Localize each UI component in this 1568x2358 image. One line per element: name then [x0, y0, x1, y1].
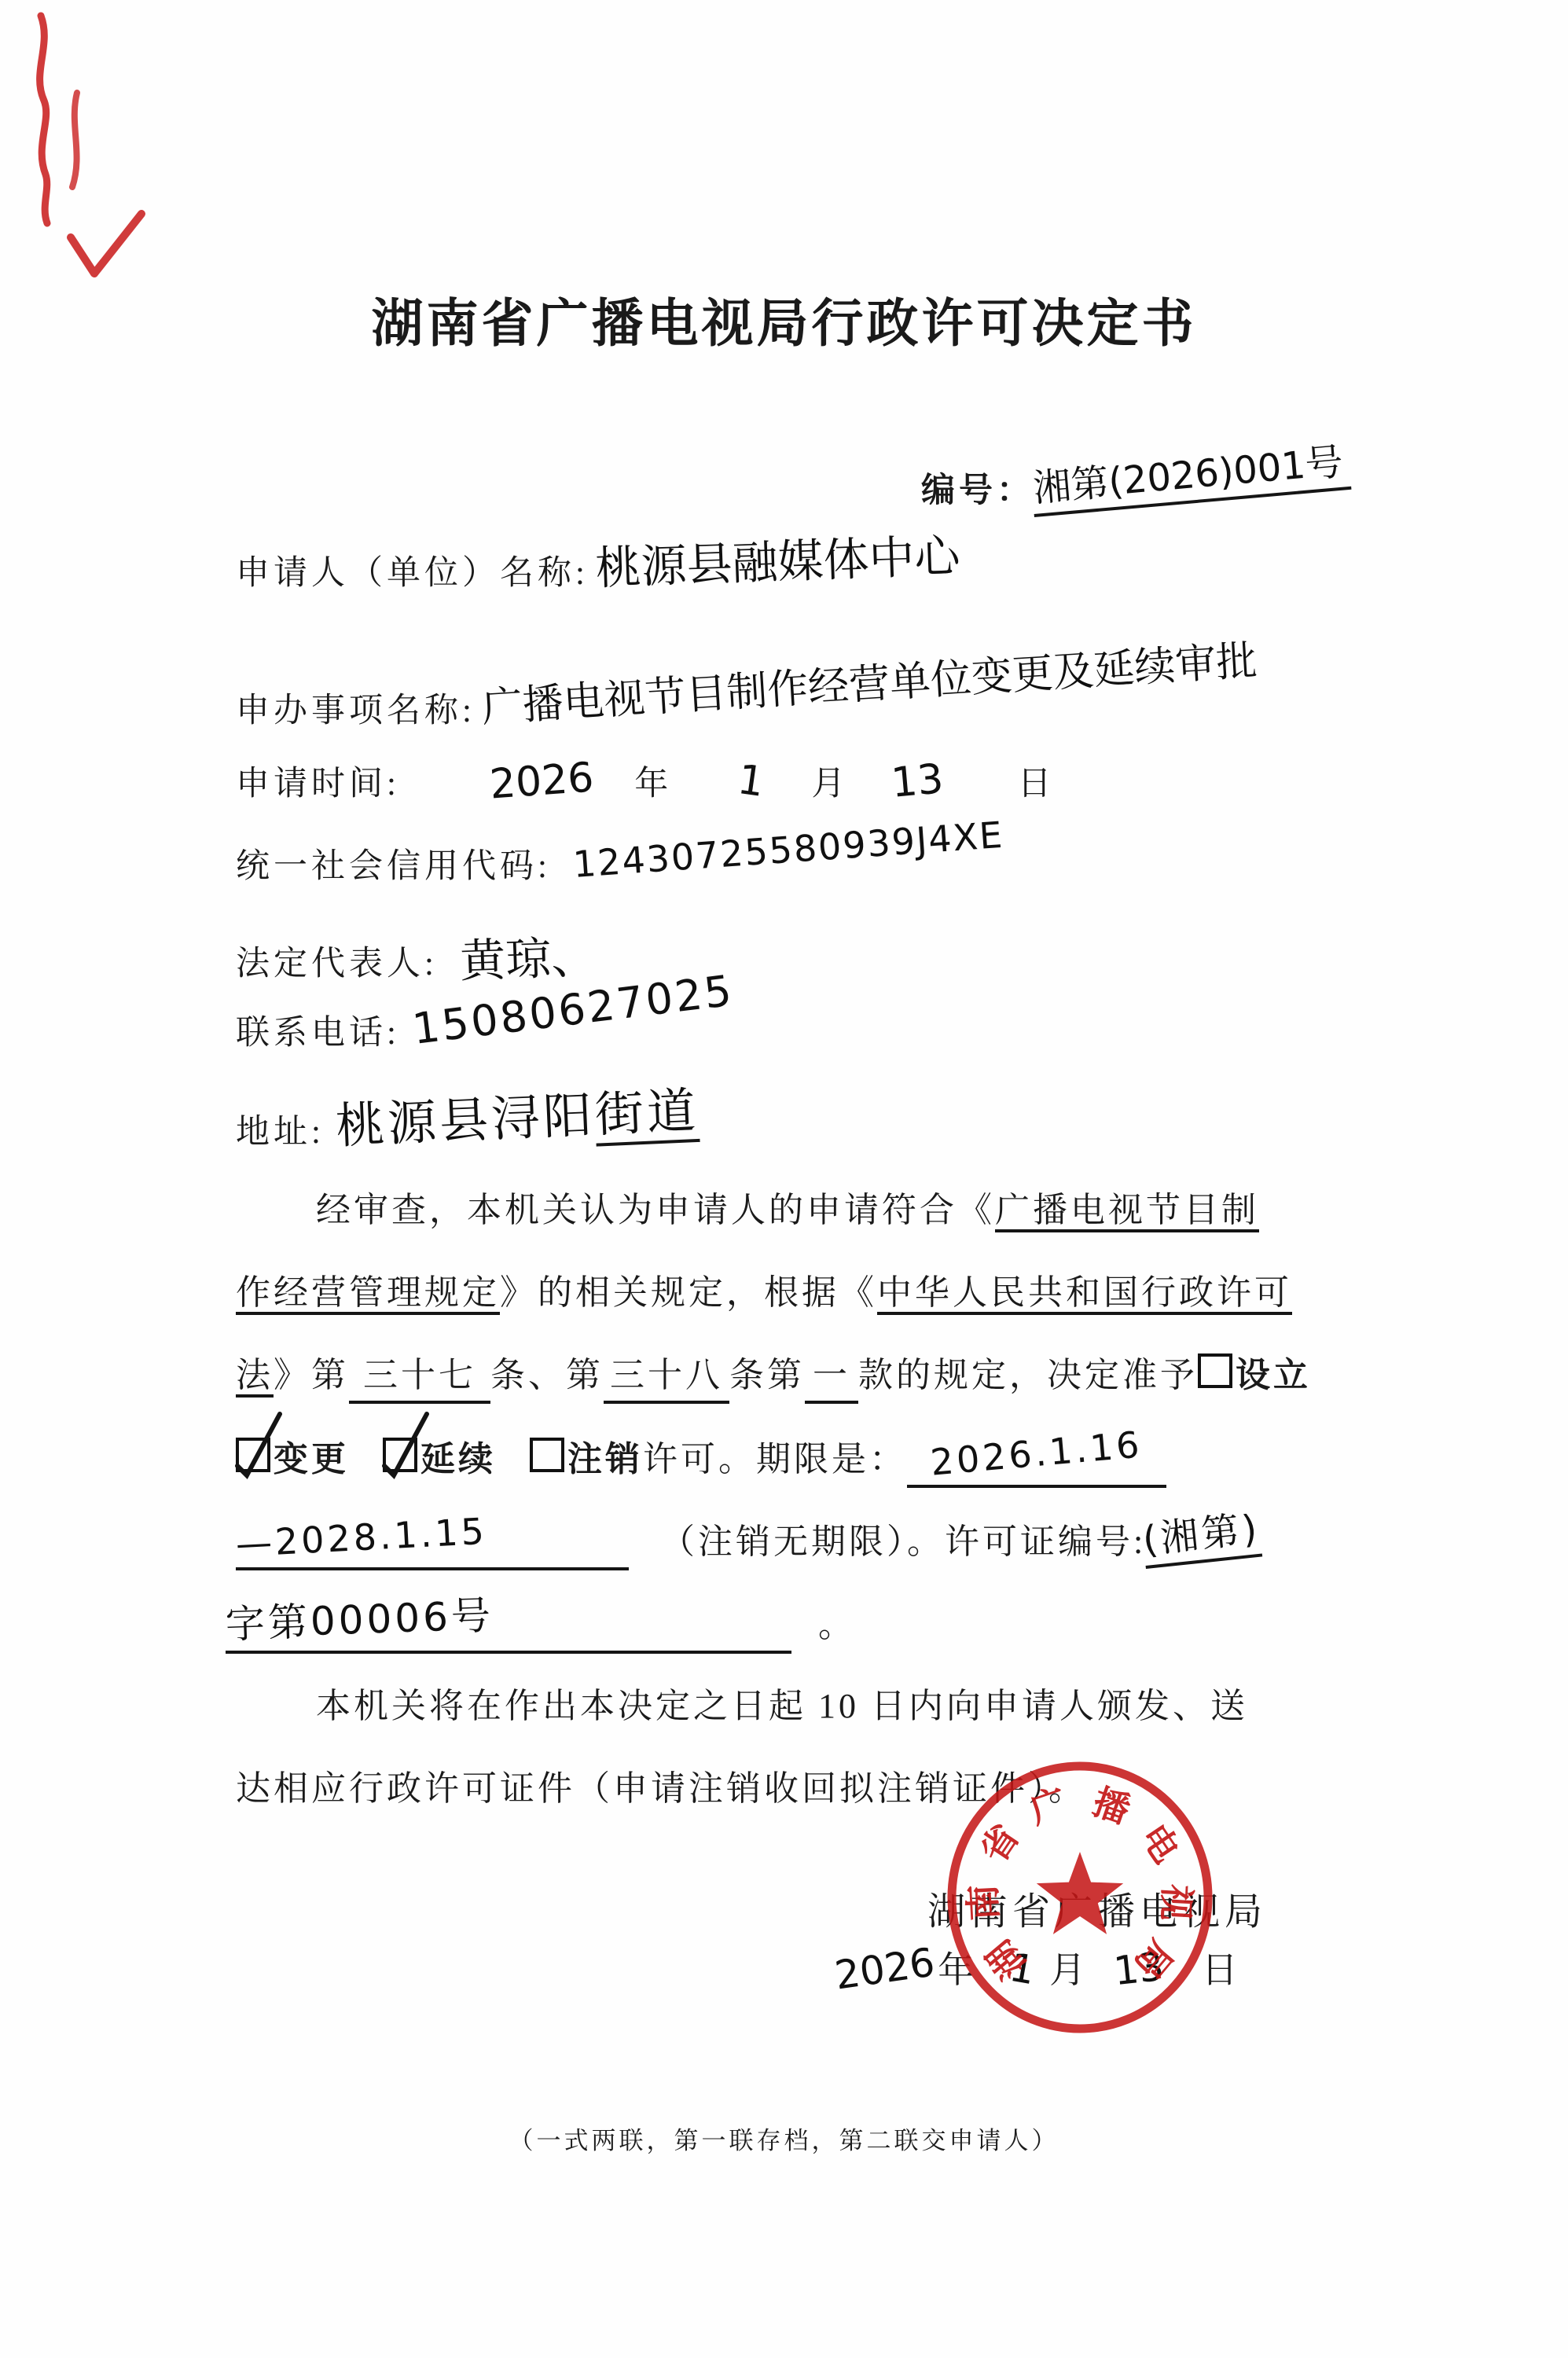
apply-time-row: 申请时间: 2026 年 1 月 13 日: [236, 757, 1056, 805]
day-unit: 日: [1018, 766, 1056, 803]
credit-code-value: 12430725580939J4XE: [571, 814, 1005, 886]
seal-arc-char: 视: [1152, 1883, 1206, 1922]
matter-value: 广播电视节目制作经营单位变更及延续审批: [479, 627, 1258, 733]
seal-arc-char: 南: [954, 1883, 1008, 1922]
applicant-value: 桃源县融媒体中心: [594, 519, 961, 597]
month-unit: 月: [811, 766, 849, 803]
document-title: 湖南省广播电视局行政许可决定书: [0, 281, 1568, 356]
license-number-value: 字第00006号: [225, 1590, 494, 1650]
validity-end-date: —2028.1.15: [234, 1506, 488, 1570]
legal-rep-label: 法定代表人:: [236, 946, 438, 982]
regulation-title-part1: 广播电视节目制: [995, 1191, 1259, 1232]
body-text: 条、第: [490, 1356, 604, 1394]
document-page: 湖南省广播电视局行政许可决定书 编号：湘第(2026)001号 申请人（单位）名…: [0, 0, 1568, 2358]
document-number-value: 湘第(2026)001号: [1029, 431, 1351, 517]
apply-time-label: 申请时间:: [236, 766, 400, 803]
body-text: 》第: [274, 1356, 349, 1394]
regulation-title-part2: 作经营管理规定: [236, 1273, 500, 1315]
law-title-part2: 法: [236, 1356, 274, 1398]
law-title-part1: 中华人民共和国行政许可: [877, 1273, 1292, 1315]
body-text: 款的规定，决定准予: [858, 1356, 1198, 1394]
body-text: 》的相关规定，根据《: [500, 1273, 877, 1312]
checkbox-change-label: 变更: [274, 1440, 349, 1478]
apply-time-month: 1: [735, 756, 767, 806]
matter-label: 申办事项名称:: [236, 692, 476, 729]
checkbox-cancel-label: 注销: [567, 1440, 643, 1478]
body-text: 许可。期限是：: [643, 1440, 907, 1478]
checkbox-renew[interactable]: [383, 1438, 417, 1472]
checkbox-cancel[interactable]: [530, 1438, 564, 1472]
address-value-street: 街道: [593, 1082, 700, 1147]
address-value-main: 桃源县浔阳: [335, 1086, 597, 1155]
footer-note: （一式两联，第一联存档，第二联交申请人）: [509, 2121, 1059, 2156]
body-line-7: 本机关将在作出本决定之日起 10 日内向申请人颁发、送: [316, 1681, 1248, 1732]
validity-start-date: 2026.1.16: [928, 1419, 1144, 1487]
checkbox-setup[interactable]: [1198, 1353, 1232, 1388]
body-text: 。: [818, 1606, 856, 1644]
document-number-row: 编号：湘第(2026)001号: [921, 458, 1353, 517]
body-line-1: 经审查，本机关认为申请人的申请符合《广播电视节目制: [316, 1185, 1259, 1236]
clause-number-blank: 一: [805, 1350, 858, 1404]
body-line-5: —2028.1.15（注销无期限）。许可证编号:(湘第): [236, 1515, 1264, 1570]
phone-label: 联系电话:: [236, 1015, 400, 1052]
document-number-label: 编号：: [921, 472, 1034, 509]
apply-time-day: 13: [890, 755, 946, 807]
legal-rep-row: 法定代表人: 黄琼、: [236, 922, 597, 988]
address-value: 桃源县浔阳街道: [334, 1071, 700, 1157]
checkbox-change[interactable]: [236, 1438, 270, 1472]
credit-code-row: 统一社会信用代码: 12430725580939J4XE: [236, 839, 1006, 887]
phone-row: 联系电话: 15080627025: [236, 1005, 739, 1054]
body-text: （注销无期限）。许可证编号:: [660, 1522, 1146, 1561]
legal-rep-value: 黄琼、: [459, 920, 598, 990]
checkbox-setup-label: 设立: [1236, 1356, 1311, 1394]
address-row: 地址: 桃源县浔阳街道: [236, 1087, 700, 1157]
body-line-3: 法》第三十七条、第三十八条第一款的规定，决定准予设立: [236, 1350, 1311, 1404]
year-unit: 年: [634, 766, 672, 803]
apply-time-year: 2026: [488, 754, 595, 808]
article-number-blank: 三十七: [349, 1350, 490, 1404]
body-line-6: 字第00006号。: [226, 1598, 856, 1654]
seal-star-icon: [1037, 1852, 1123, 1934]
body-text: 经审查，本机关认为申请人的申请符合《: [316, 1191, 995, 1229]
body-text: 条第: [729, 1356, 805, 1394]
license-number-prefix: (湘第): [1140, 1504, 1263, 1569]
article-number-2-blank: 三十八: [604, 1350, 729, 1404]
body-line-4: 变更 延续 注销许可。期限是：2026.1.16: [236, 1433, 1166, 1488]
applicant-label: 申请人（单位）名称:: [236, 555, 589, 592]
address-label: 地址:: [236, 1114, 325, 1151]
matter-row: 申办事项名称: 广播电视节目制作经营单位变更及延续审批: [236, 674, 1260, 733]
signature-year: 2026: [832, 1939, 938, 1998]
official-seal: 湖 南 省 广 播 电 视 局: [942, 1759, 1218, 2036]
body-line-2: 作经营管理规定》的相关规定，根据《中华人民共和国行政许可: [236, 1268, 1292, 1318]
red-scribble-marks: [0, 0, 204, 330]
credit-code-label: 统一社会信用代码:: [236, 848, 551, 885]
checkbox-renew-label: 延续: [420, 1440, 496, 1478]
applicant-row: 申请人（单位）名称: 桃源县融媒体中心: [236, 531, 961, 597]
